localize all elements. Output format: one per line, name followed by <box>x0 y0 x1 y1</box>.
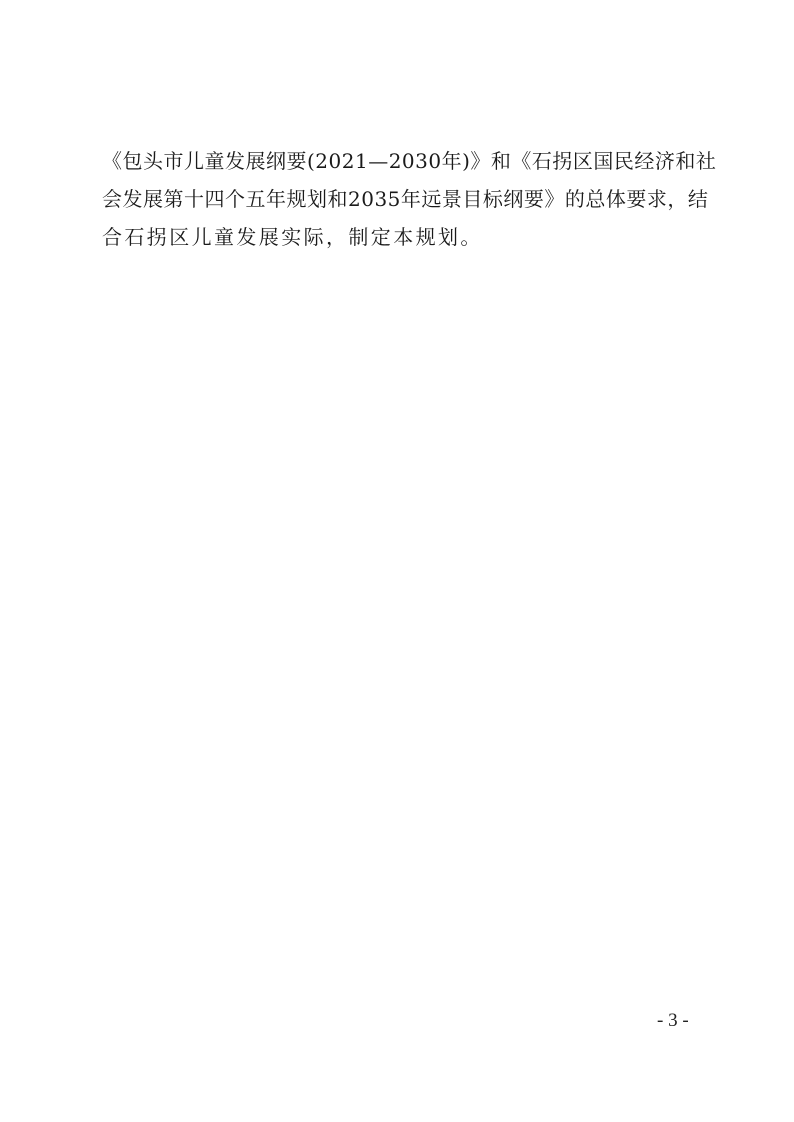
page-number: - 3 - <box>657 1010 689 1032</box>
paragraph-line: 会发展第十四个五年规划和2035年远景目标纲要》的总体要求，结 <box>102 184 694 222</box>
paragraph-line: 《包头市儿童发展纲要(2021—2030年)》和《石拐区国民经济和社 <box>102 146 694 184</box>
paragraph-line: 合石拐区儿童发展实际，制定本规划。 <box>102 222 694 260</box>
body-paragraph: 《包头市儿童发展纲要(2021—2030年)》和《石拐区国民经济和社 会发展第十… <box>102 146 694 260</box>
